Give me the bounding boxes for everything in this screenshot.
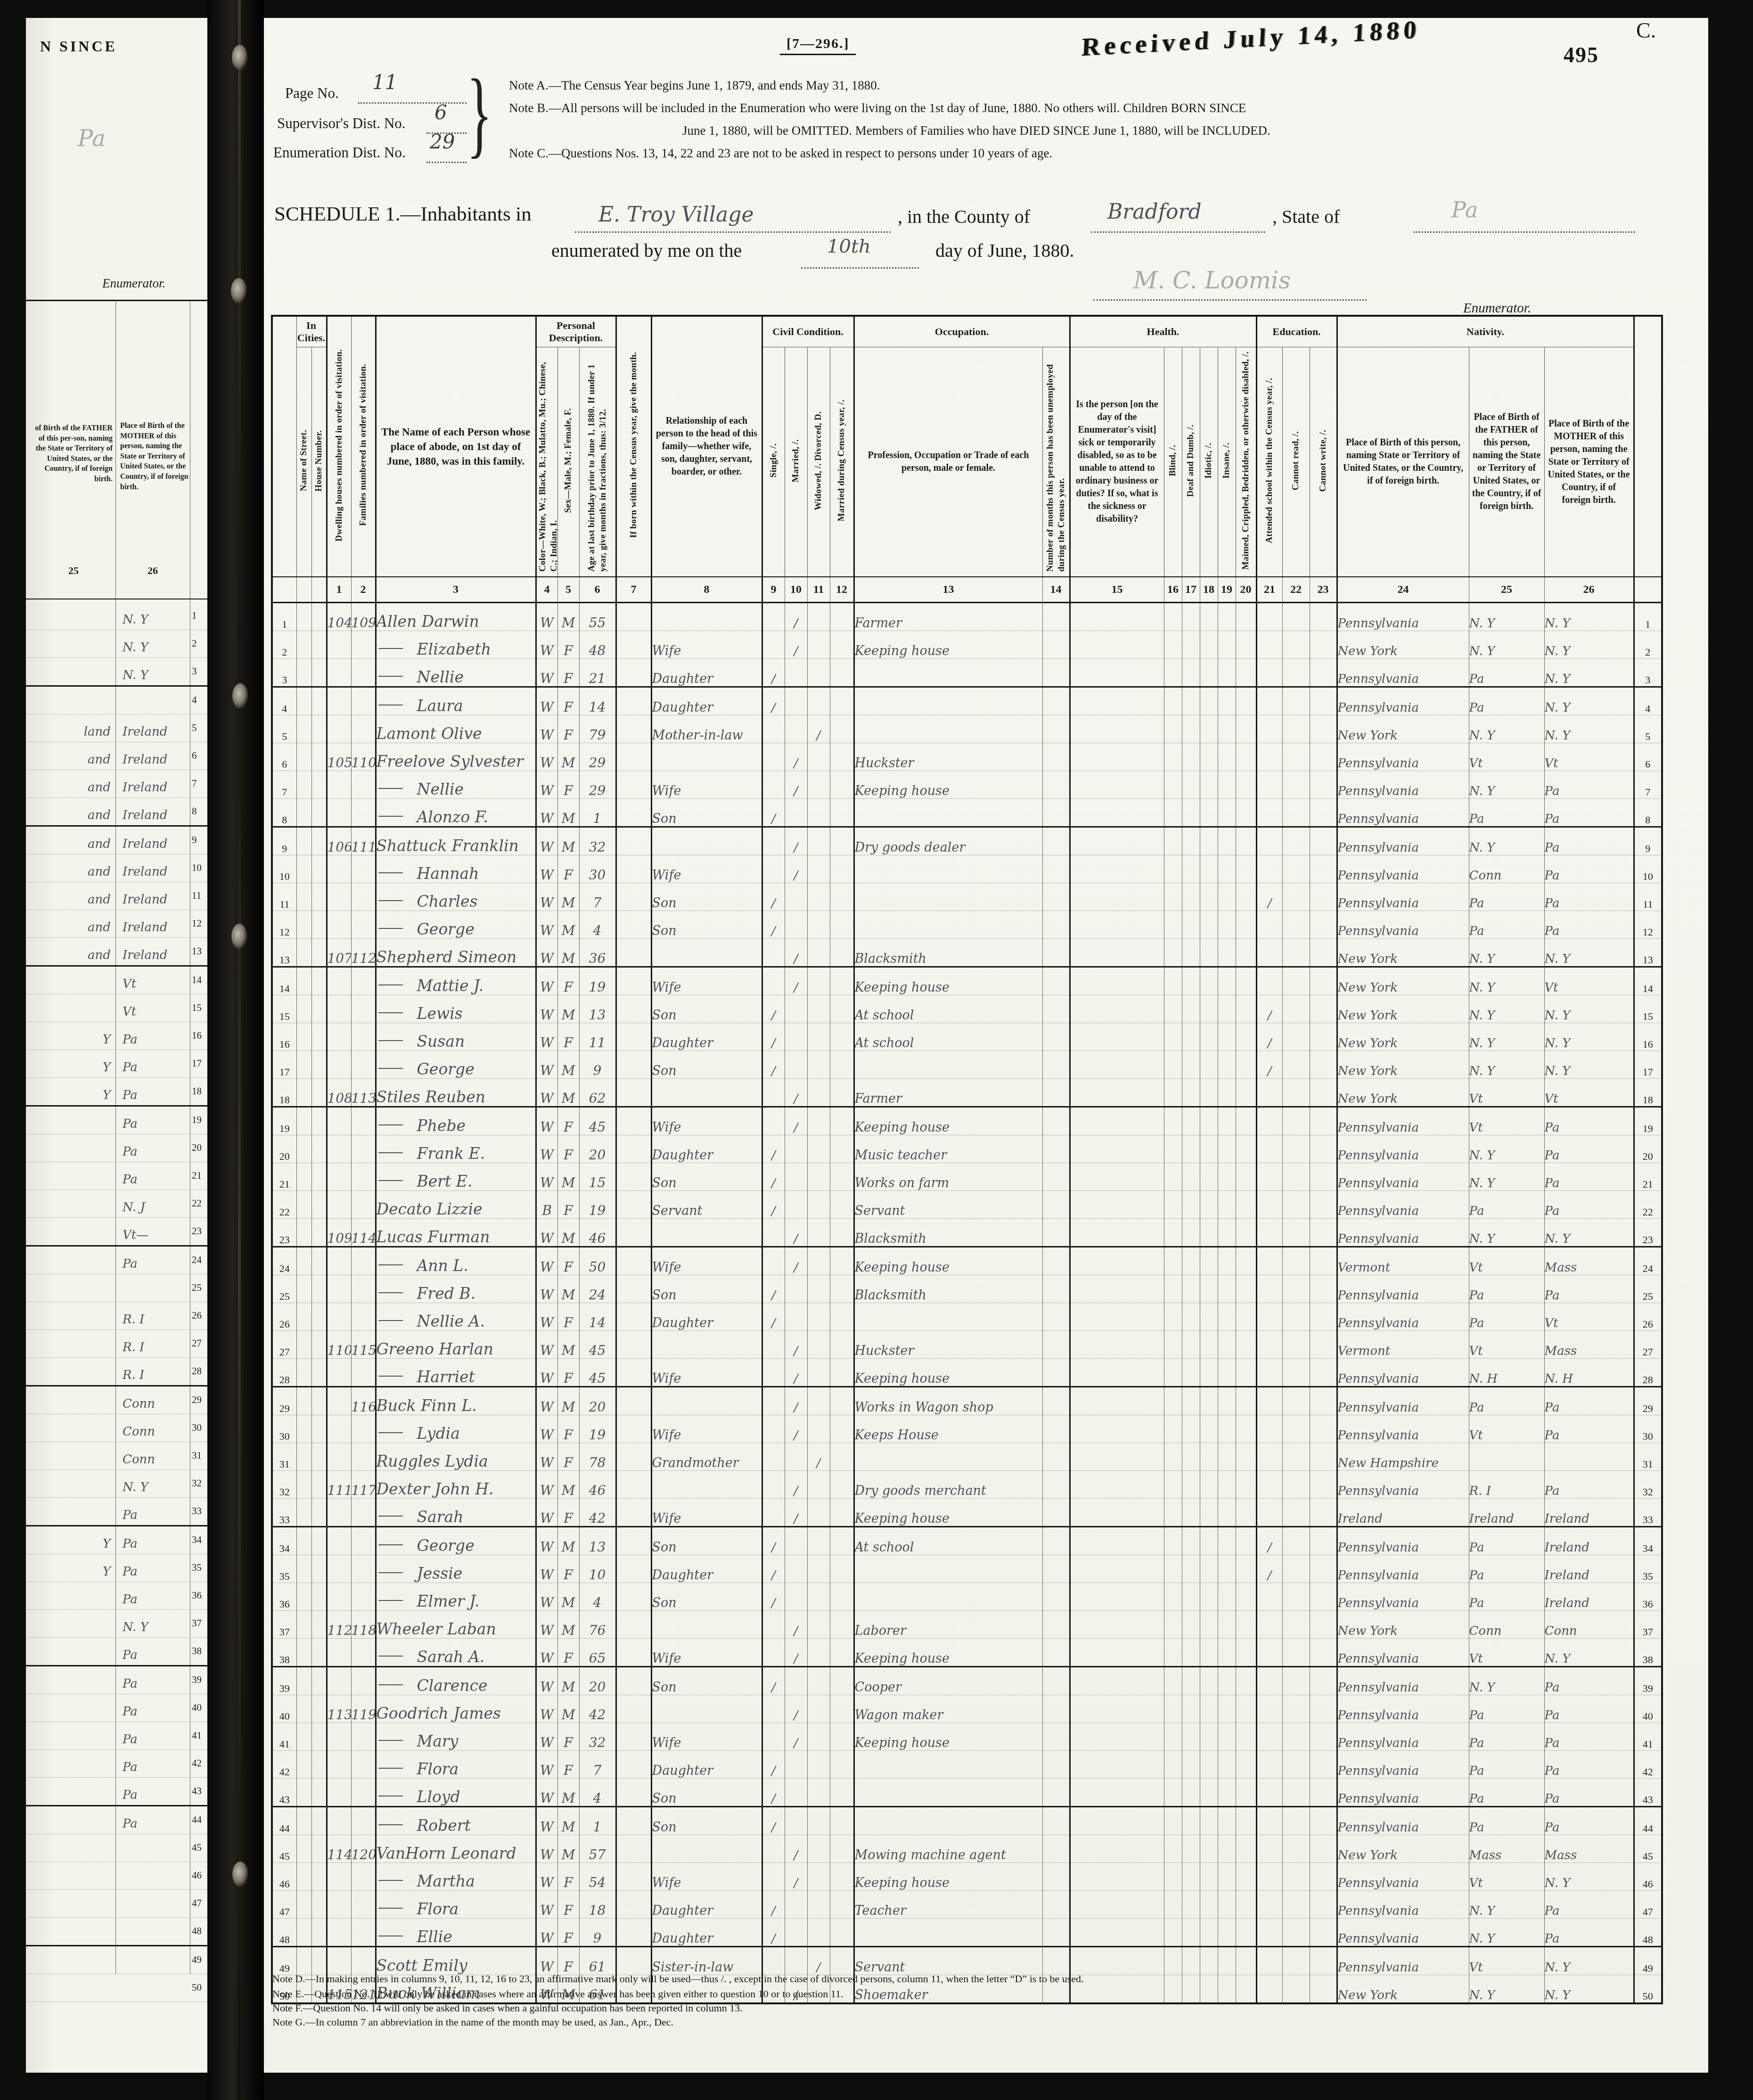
census-page: [7—296.] Received July 14, 1880 C. 495 P… (264, 18, 1708, 2073)
cell-cannot-write (1310, 1863, 1337, 1891)
enumerator-label: Enumerator. (1463, 301, 1531, 316)
cell-married: / (785, 603, 807, 631)
prev-mother-birthplace: Ireland (123, 948, 167, 962)
cell-age: 29 (579, 771, 616, 799)
cell-idiotic (1200, 883, 1218, 911)
given-name: Lydia (417, 1424, 460, 1443)
cell-house (311, 771, 327, 799)
cell-street (296, 855, 311, 883)
cell-sickness (1070, 1947, 1164, 1975)
cell-months-unemployed (1042, 1639, 1070, 1667)
prev-line-number: 38 (192, 1645, 206, 1657)
cell-name: Ann L. (376, 1247, 536, 1275)
ditto-dash (378, 1908, 403, 1909)
cell-widowed: / (807, 715, 830, 743)
ditto-dash (378, 1124, 403, 1125)
cell-attended-school (1256, 1611, 1282, 1639)
cell-months-unemployed (1042, 911, 1070, 939)
cell-cannot-read (1282, 855, 1310, 883)
cell-dwelling (327, 1247, 351, 1275)
cell-father-birthplace: Vt (1469, 1415, 1544, 1443)
cell-relationship: Wife (651, 771, 762, 799)
cell-name: Dexter John H. (376, 1471, 536, 1499)
cell-idiotic (1200, 911, 1218, 939)
cell-birthplace: Pennsylvania (1337, 1219, 1469, 1247)
cell-family: 119 (351, 1695, 376, 1723)
given-name: Elmer J. (417, 1592, 480, 1610)
cell-cannot-write (1310, 1555, 1337, 1583)
cell-house (311, 1443, 327, 1471)
cell-street (296, 827, 311, 855)
cell-birthplace: New York (1337, 939, 1469, 967)
cell-married (785, 1583, 807, 1611)
prev-page-row: Conn30 (26, 1414, 207, 1442)
census-scan: N SINCE Pa Enumerator. of Birth of the F… (0, 0, 1753, 2100)
cell-cannot-write (1310, 1135, 1337, 1163)
cell-months-unemployed (1042, 1499, 1070, 1527)
cell-father-birthplace: Vt (1469, 1331, 1544, 1359)
cell-cannot-read (1282, 1527, 1310, 1555)
cell-color: W (536, 1023, 557, 1051)
cell-married-census-year (830, 827, 854, 855)
cell-sex: F (557, 1639, 579, 1667)
cell-sex: M (557, 1583, 579, 1611)
column-number-age: 6 (579, 577, 616, 603)
cell-blind (1164, 1443, 1182, 1471)
cell-sickness (1070, 1079, 1164, 1107)
prev-line-number: 34 (192, 1534, 206, 1546)
given-name: Sarah A. (417, 1648, 485, 1666)
cell-name: Martha (376, 1863, 536, 1891)
cell-name: Sarah A. (376, 1639, 536, 1667)
cell-sex: F (557, 1247, 579, 1275)
cell-sickness (1070, 771, 1164, 799)
cell-attended-school (1256, 1751, 1282, 1779)
given-name: George (417, 1060, 475, 1078)
cell-birth-month (616, 1499, 651, 1527)
cell-disabled (1236, 771, 1256, 799)
cell-color: W (536, 1443, 557, 1471)
cell-birth-month (616, 715, 651, 743)
cell-line-left: 21 (272, 1163, 296, 1191)
cell-birth-month (616, 1359, 651, 1387)
cell-family (351, 1779, 376, 1807)
cell-married: / (785, 1611, 807, 1639)
cell-sex: F (557, 659, 579, 687)
cell-disabled (1236, 687, 1256, 715)
cell-sex: M (557, 939, 579, 967)
cell-dwelling (327, 855, 351, 883)
prev-mother-birthplace: Pa (123, 1173, 138, 1187)
cell-attended-school: / (1256, 1527, 1282, 1555)
cell-relationship: Wife (651, 1863, 762, 1891)
cell-married-census-year (830, 855, 854, 883)
cell-widowed (807, 771, 830, 799)
cell-cannot-read (1282, 1387, 1310, 1415)
cell-line-right: 14 (1634, 967, 1662, 995)
prev-mother-birthplace: Conn (123, 1397, 155, 1411)
cell-blind (1164, 1583, 1182, 1611)
prev-page-row: YPa35 (26, 1554, 207, 1582)
cell-line-right: 6 (1634, 743, 1662, 771)
cell-disabled (1236, 1051, 1256, 1079)
cell-cannot-read (1282, 1079, 1310, 1107)
table-row: 1104109Allen DarwinWM55/FarmerPennsylvan… (272, 603, 1662, 631)
cell-blind (1164, 1751, 1182, 1779)
cell-age: 10 (579, 1555, 616, 1583)
cell-married-census-year (830, 603, 854, 631)
cell-months-unemployed (1042, 1303, 1070, 1331)
cell-deaf-dumb (1182, 1751, 1200, 1779)
cell-blind (1164, 1359, 1182, 1387)
prev-mother-birthplace: Pa (123, 1088, 138, 1102)
cell-house (311, 1947, 327, 1975)
cell-idiotic (1200, 771, 1218, 799)
cell-married: / (785, 1247, 807, 1275)
cell-married (785, 1303, 807, 1331)
cell-married-census-year (830, 1107, 854, 1135)
cell-dwelling (327, 1135, 351, 1163)
cell-line-right: 12 (1634, 911, 1662, 939)
cell-cannot-write (1310, 995, 1337, 1023)
column-number-single: 9 (762, 577, 785, 603)
prev-line-number: 22 (192, 1198, 206, 1209)
cell-birthplace: Vermont (1337, 1331, 1469, 1359)
cell-cannot-write (1310, 1835, 1337, 1863)
cell-dwelling (327, 1639, 351, 1667)
cell-line-left: 35 (272, 1555, 296, 1583)
cell-sickness (1070, 1499, 1164, 1527)
cell-color: W (536, 1527, 557, 1555)
cell-single (762, 1695, 785, 1723)
cell-relationship (651, 1331, 762, 1359)
cell-father-birthplace: Conn (1469, 1611, 1544, 1639)
cell-birth-month (616, 1611, 651, 1639)
cell-birthplace: Pennsylvania (1337, 1163, 1469, 1191)
cell-house (311, 911, 327, 939)
cell-widowed: / (807, 1947, 830, 1975)
cell-disabled (1236, 1667, 1256, 1695)
prev-mother-birthplace: Pa (123, 1788, 138, 1802)
given-name: Flora (417, 1760, 459, 1778)
cell-mother-birthplace: Pa (1544, 1919, 1634, 1947)
cell-disabled (1236, 1499, 1256, 1527)
cell-dwelling (327, 1499, 351, 1527)
cell-dwelling (327, 1751, 351, 1779)
cell-line-left: 10 (272, 855, 296, 883)
cell-age: 29 (579, 743, 616, 771)
prev-mother-birthplace: Ireland (123, 865, 167, 879)
prev-father-birthplace: Y (103, 1537, 111, 1551)
cell-mother-birthplace: N. Y (1544, 687, 1634, 715)
prev-page-row: 50 (26, 1974, 207, 2002)
cell-relationship: Son (651, 1275, 762, 1303)
prev-page-row: N. Y1 (26, 602, 207, 630)
cell-mother-birthplace: Conn (1544, 1611, 1634, 1639)
cell-sickness (1070, 1443, 1164, 1471)
cell-age: 20 (579, 1667, 616, 1695)
cell-birthplace: Pennsylvania (1337, 799, 1469, 827)
cell-relationship (651, 939, 762, 967)
prev-mother-birthplace: Pa (123, 1592, 138, 1607)
cell-insane (1218, 603, 1236, 631)
cell-single: / (762, 799, 785, 827)
cell-cannot-write (1310, 715, 1337, 743)
cell-cannot-read (1282, 1443, 1310, 1471)
cell-cannot-read (1282, 1247, 1310, 1275)
cell-color: W (536, 659, 557, 687)
cell-married-census-year (830, 1835, 854, 1863)
cell-idiotic (1200, 1779, 1218, 1807)
cell-house (311, 1023, 327, 1051)
cell-attended-school: / (1256, 995, 1282, 1023)
cell-attended-school (1256, 1163, 1282, 1191)
cell-house (311, 799, 327, 827)
cell-blind (1164, 659, 1182, 687)
cell-cannot-read (1282, 1107, 1310, 1135)
cell-mother-birthplace: Pa (1544, 1667, 1634, 1695)
cell-house (311, 883, 327, 911)
table-row: 36Elmer J.WM4Son/PennsylvaniaPaIreland36 (272, 1583, 1662, 1611)
cell-color: W (536, 771, 557, 799)
received-stamp: Received July 14, 1880 (1081, 15, 1421, 62)
cell-color: W (536, 1331, 557, 1359)
cell-street (296, 1555, 311, 1583)
ditto-dash (378, 1432, 403, 1433)
cell-married (785, 687, 807, 715)
cell-deaf-dumb (1182, 1639, 1200, 1667)
prev-line-number: 30 (192, 1422, 206, 1434)
prev-line-number: 18 (192, 1085, 206, 1097)
ditto-dash (378, 1152, 403, 1153)
cell-mother-birthplace: Ireland (1544, 1499, 1634, 1527)
column-number-months-unemployed: 14 (1042, 577, 1070, 603)
cell-age: 11 (579, 1023, 616, 1051)
cell-birth-month (616, 1163, 651, 1191)
ditto-dash (378, 1180, 403, 1181)
cell-color: W (536, 631, 557, 659)
column-number-sex: 5 (557, 577, 579, 603)
cell-sex: M (557, 603, 579, 631)
prev-father-birthplace: Y (103, 1060, 111, 1075)
cell-dwelling (327, 771, 351, 799)
cell-name: Frank E. (376, 1135, 536, 1163)
ditto-dash (378, 1880, 403, 1881)
column-header-mother-birthplace: Place of Birth of the MOTHER of this per… (1544, 347, 1634, 577)
prev-mother-birthplace: Ireland (123, 753, 167, 767)
cell-idiotic (1200, 1107, 1218, 1135)
state-value: Pa (1451, 197, 1478, 222)
cell-deaf-dumb (1182, 1723, 1200, 1751)
cell-street (296, 771, 311, 799)
cell-married (785, 883, 807, 911)
cell-dwelling (327, 1051, 351, 1079)
cell-birthplace: Pennsylvania (1337, 1723, 1469, 1751)
cell-mother-birthplace: Vt (1544, 1079, 1634, 1107)
cell-line-left: 30 (272, 1415, 296, 1443)
cell-insane (1218, 939, 1236, 967)
prev-father-birthplace: and (88, 753, 111, 767)
binding-stitch (231, 278, 247, 304)
cell-father-birthplace: Pa (1469, 1695, 1544, 1723)
cell-cannot-write (1310, 1695, 1337, 1723)
cell-married-census-year (830, 743, 854, 771)
cell-birth-month (616, 1667, 651, 1695)
cell-birth-month (616, 1863, 651, 1891)
cell-mother-birthplace (1544, 1443, 1634, 1471)
cell-name: Ruggles Lydia (376, 1443, 536, 1471)
cell-married: / (785, 631, 807, 659)
cell-birth-month (616, 939, 651, 967)
column-header-idiotic: Idiotic, /. (1200, 347, 1218, 577)
cell-widowed (807, 1275, 830, 1303)
cell-father-birthplace: Pa (1469, 1303, 1544, 1331)
cell-sickness (1070, 1331, 1164, 1359)
prev-father-birthplace: Y (103, 1033, 111, 1047)
cell-insane (1218, 1947, 1236, 1975)
cell-disabled (1236, 1583, 1256, 1611)
cell-street (296, 1415, 311, 1443)
cell-birthplace: Pennsylvania (1337, 1807, 1469, 1835)
cell-family: 111 (351, 827, 376, 855)
cell-deaf-dumb (1182, 1891, 1200, 1919)
cell-street (296, 1219, 311, 1247)
ditto-dash (378, 1936, 403, 1936)
cell-birth-month (616, 1303, 651, 1331)
cell-father-birthplace: N. Y (1469, 1667, 1544, 1695)
cell-line-right: 23 (1634, 1219, 1662, 1247)
cell-blind (1164, 1807, 1182, 1835)
cell-attended-school (1256, 603, 1282, 631)
cell-street (296, 1359, 311, 1387)
cell-color: W (536, 1051, 557, 1079)
cell-cannot-write (1310, 1415, 1337, 1443)
prev-page-row: andIreland6 (26, 742, 207, 770)
cell-dwelling (327, 1947, 351, 1975)
cell-cannot-write (1310, 1807, 1337, 1835)
column-header-name: The Name of each Person whose place of a… (376, 316, 536, 577)
cell-birthplace: Pennsylvania (1337, 911, 1469, 939)
cell-mother-birthplace: N. Y (1544, 939, 1634, 967)
cell-line-left: 9 (272, 827, 296, 855)
column-header-cannot-write: Cannot write, /. (1310, 347, 1337, 577)
cell-deaf-dumb (1182, 1191, 1200, 1219)
given-name: Robert (417, 1816, 471, 1835)
cell-married-census-year (830, 659, 854, 687)
cell-occupation (854, 1443, 1042, 1471)
cell-birthplace: Pennsylvania (1337, 1947, 1469, 1975)
prev-page-row: Conn29 (26, 1386, 207, 1414)
cell-name: Nellie (376, 659, 536, 687)
cell-line-left: 38 (272, 1639, 296, 1667)
ditto-dash (378, 788, 403, 789)
cell-house (311, 995, 327, 1023)
ditto-dash (378, 1292, 403, 1293)
cell-sickness (1070, 743, 1164, 771)
cell-months-unemployed (1042, 1471, 1070, 1499)
prev-mother-birthplace: Ireland (123, 837, 167, 851)
column-header-married: Married, /. (785, 347, 807, 577)
cell-insane (1218, 1387, 1236, 1415)
cell-name: Stiles Reuben (376, 1079, 536, 1107)
cell-family (351, 1751, 376, 1779)
cell-family (351, 1275, 376, 1303)
cell-street (296, 631, 311, 659)
cell-widowed (807, 1415, 830, 1443)
cell-color: W (536, 743, 557, 771)
cell-blind (1164, 1723, 1182, 1751)
cell-idiotic (1200, 1303, 1218, 1331)
cell-relationship: Wife (651, 1499, 762, 1527)
cell-widowed (807, 1359, 830, 1387)
cell-months-unemployed (1042, 1527, 1070, 1555)
cell-insane (1218, 1443, 1236, 1471)
cell-sex: F (557, 967, 579, 995)
cell-name: Shepherd Simeon (376, 939, 536, 967)
prev-line-number: 15 (192, 1002, 206, 1014)
given-name: Hannah (417, 864, 479, 883)
cell-sickness (1070, 1471, 1164, 1499)
cell-insane (1218, 1975, 1236, 2004)
cell-father-birthplace: N. Y (1469, 1919, 1544, 1947)
cell-cannot-write (1310, 911, 1337, 939)
cell-name: Lewis (376, 995, 536, 1023)
table-row: 10HannahWF30Wife/PennsylvaniaConnPa10 (272, 855, 1662, 883)
cell-father-birthplace: Pa (1469, 1191, 1544, 1219)
cell-line-right: 11 (1634, 883, 1662, 911)
cell-disabled (1236, 715, 1256, 743)
cell-widowed (807, 603, 830, 631)
group-personal: Personal Description. (536, 316, 616, 347)
cell-months-unemployed (1042, 1667, 1070, 1695)
dotted-rule (1091, 231, 1265, 233)
cell-name: Mattie J. (376, 967, 536, 995)
cell-months-unemployed (1042, 603, 1070, 631)
ditto-dash (378, 1768, 403, 1769)
cell-color: W (536, 883, 557, 911)
cell-line-right: 37 (1634, 1611, 1662, 1639)
cell-insane (1218, 1779, 1236, 1807)
cell-name: Decato Lizzie (376, 1191, 536, 1219)
cell-idiotic (1200, 1331, 1218, 1359)
cell-single (762, 939, 785, 967)
cell-widowed (807, 631, 830, 659)
cell-cannot-write (1310, 1891, 1337, 1919)
cell-father-birthplace: N. Y (1469, 939, 1544, 967)
cell-line-left: 8 (272, 799, 296, 827)
cell-sex: M (557, 1779, 579, 1807)
cell-dwelling (327, 1023, 351, 1051)
cell-sickness (1070, 603, 1164, 631)
prev-mother-birthplace: Ireland (123, 725, 167, 739)
form-number: [7—296.] (780, 36, 856, 55)
cell-father-birthplace: N. Y (1469, 1051, 1544, 1079)
prev-line-number: 48 (192, 1925, 206, 1937)
cell-idiotic (1200, 1835, 1218, 1863)
cell-line-right: 28 (1634, 1359, 1662, 1387)
cell-deaf-dumb (1182, 1331, 1200, 1359)
cell-line-right: 7 (1634, 771, 1662, 799)
table-row: 49Scott EmilyWF61Sister-in-law/ServantPe… (272, 1947, 1662, 1975)
prev-line-number: 42 (192, 1757, 206, 1769)
cell-disabled (1236, 1555, 1256, 1583)
cell-line-left: 32 (272, 1471, 296, 1499)
cell-widowed (807, 939, 830, 967)
cell-street (296, 743, 311, 771)
cell-relationship: Daughter (651, 1555, 762, 1583)
prev-page-row: N. J22 (26, 1190, 207, 1218)
cell-relationship (651, 1611, 762, 1639)
